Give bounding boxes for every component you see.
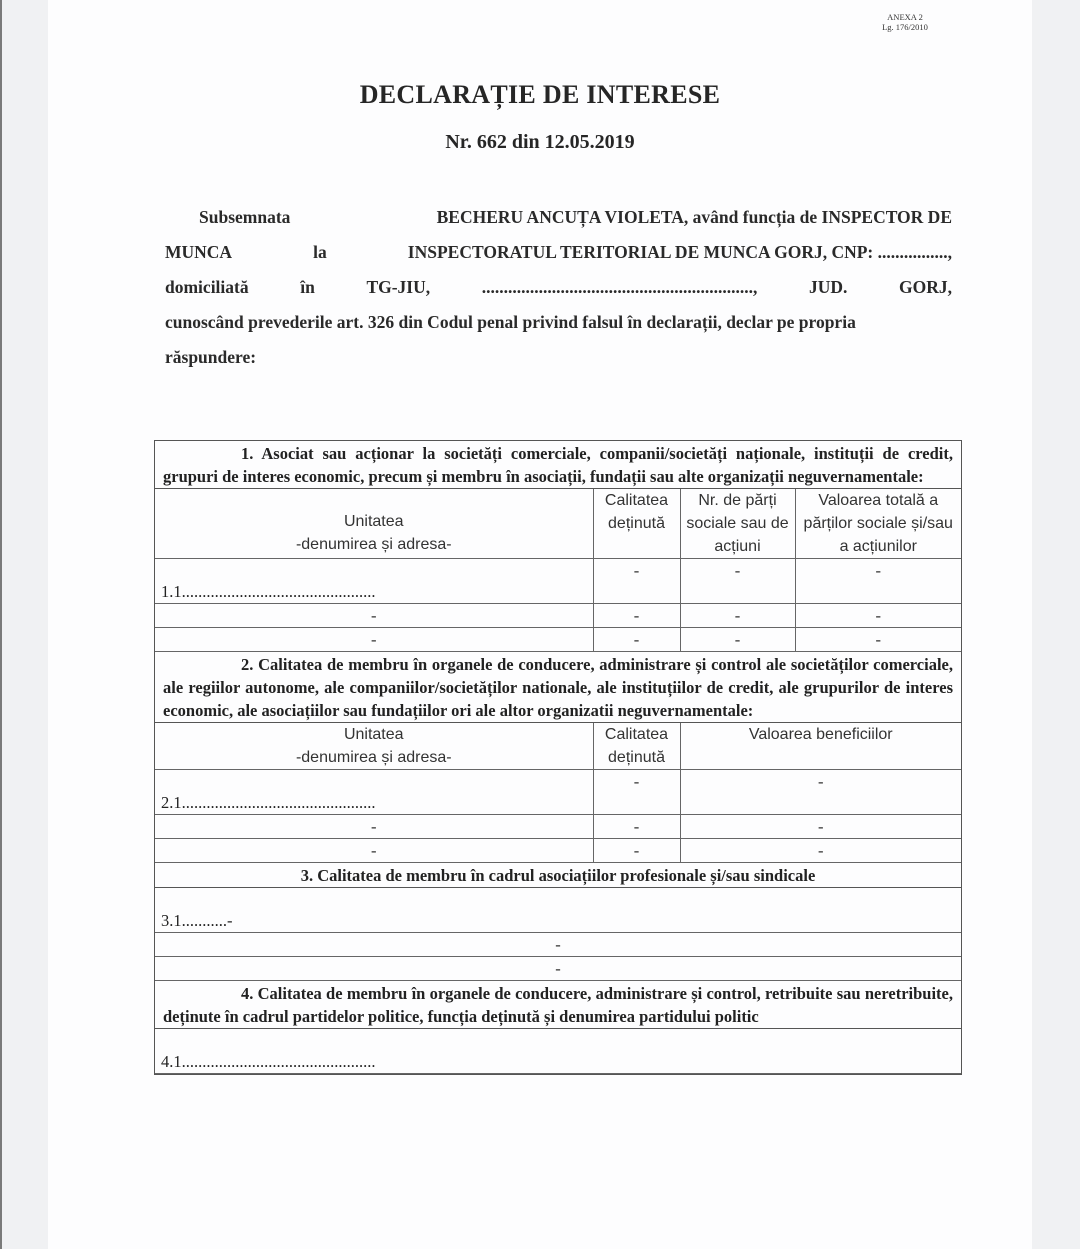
table-row: - - -: [155, 815, 961, 839]
intro-line-2: MUNCA la INSPECTORATUL TERITORIAL DE MUN…: [165, 235, 952, 270]
section-2-heading: 2. Calitatea de membru în organele de co…: [155, 652, 961, 723]
col-role: Calitatea deținută: [593, 723, 680, 770]
table-row: -: [155, 957, 961, 981]
section-1-heading: 1. Asociat sau acționar la societăți com…: [155, 441, 961, 489]
table-row: - - - -: [155, 604, 961, 628]
table-row: 4.1.....................................…: [155, 1029, 961, 1074]
annex-number: ANEXA 2: [870, 12, 940, 22]
annex-label: ANEXA 2 Lg. 176/2010: [870, 12, 940, 32]
col-unit: Unitatea -denumirea și adresa-: [155, 723, 593, 770]
document-title: DECLARAȚIE DE INTERESE: [0, 80, 1080, 110]
col-unit: Unitatea -denumirea și adresa-: [155, 489, 593, 559]
declaration-intro: Subsemnata BECHERU ANCUȚA VIOLETA, având…: [165, 200, 952, 375]
col-role: Calitatea deținută: [593, 489, 680, 559]
section-2-table: Unitatea -denumirea și adresa- Calitatea…: [155, 723, 961, 863]
intro-line-5: răspundere:: [165, 340, 952, 375]
col-shares: Nr. de părți sociale sau de acțiuni: [680, 489, 795, 559]
section-3-table: 3.1...........- - -: [155, 888, 961, 981]
intro-line-1: Subsemnata BECHERU ANCUȚA VIOLETA, având…: [165, 200, 952, 235]
intro-line-4: cunoscând prevederile art. 326 din Codul…: [165, 305, 952, 340]
table-row: - - - -: [155, 628, 961, 652]
section-1-table: Unitatea -denumirea și adresa- Calitatea…: [155, 489, 961, 652]
intro-line-3: domiciliată în TG-JIU, .................…: [165, 270, 952, 305]
col-value: Valoarea totală a părților sociale și/sa…: [795, 489, 961, 559]
table-row: 2.1.....................................…: [155, 770, 961, 815]
table-header-row: Unitatea -denumirea și adresa- Calitatea…: [155, 489, 961, 559]
document-number: Nr. 662 din 12.05.2019: [0, 131, 1080, 154]
annex-law: Lg. 176/2010: [870, 22, 940, 32]
interests-form: 1. Asociat sau acționar la societăți com…: [154, 440, 962, 1075]
viewer-left-edge: [0, 0, 2, 1249]
table-row: -: [155, 933, 961, 957]
table-row: 1.1.....................................…: [155, 559, 961, 604]
table-row: - - -: [155, 839, 961, 863]
section-4-heading: 4. Calitatea de membru în organele de co…: [155, 981, 961, 1029]
section-3-heading: 3. Calitatea de membru în cadrul asociaț…: [155, 863, 961, 888]
section-4-table: 4.1.....................................…: [155, 1029, 961, 1074]
table-row: 3.1...........-: [155, 888, 961, 933]
table-header-row: Unitatea -denumirea și adresa- Calitatea…: [155, 723, 961, 770]
col-benefits: Valoarea beneficiilor: [680, 723, 961, 770]
